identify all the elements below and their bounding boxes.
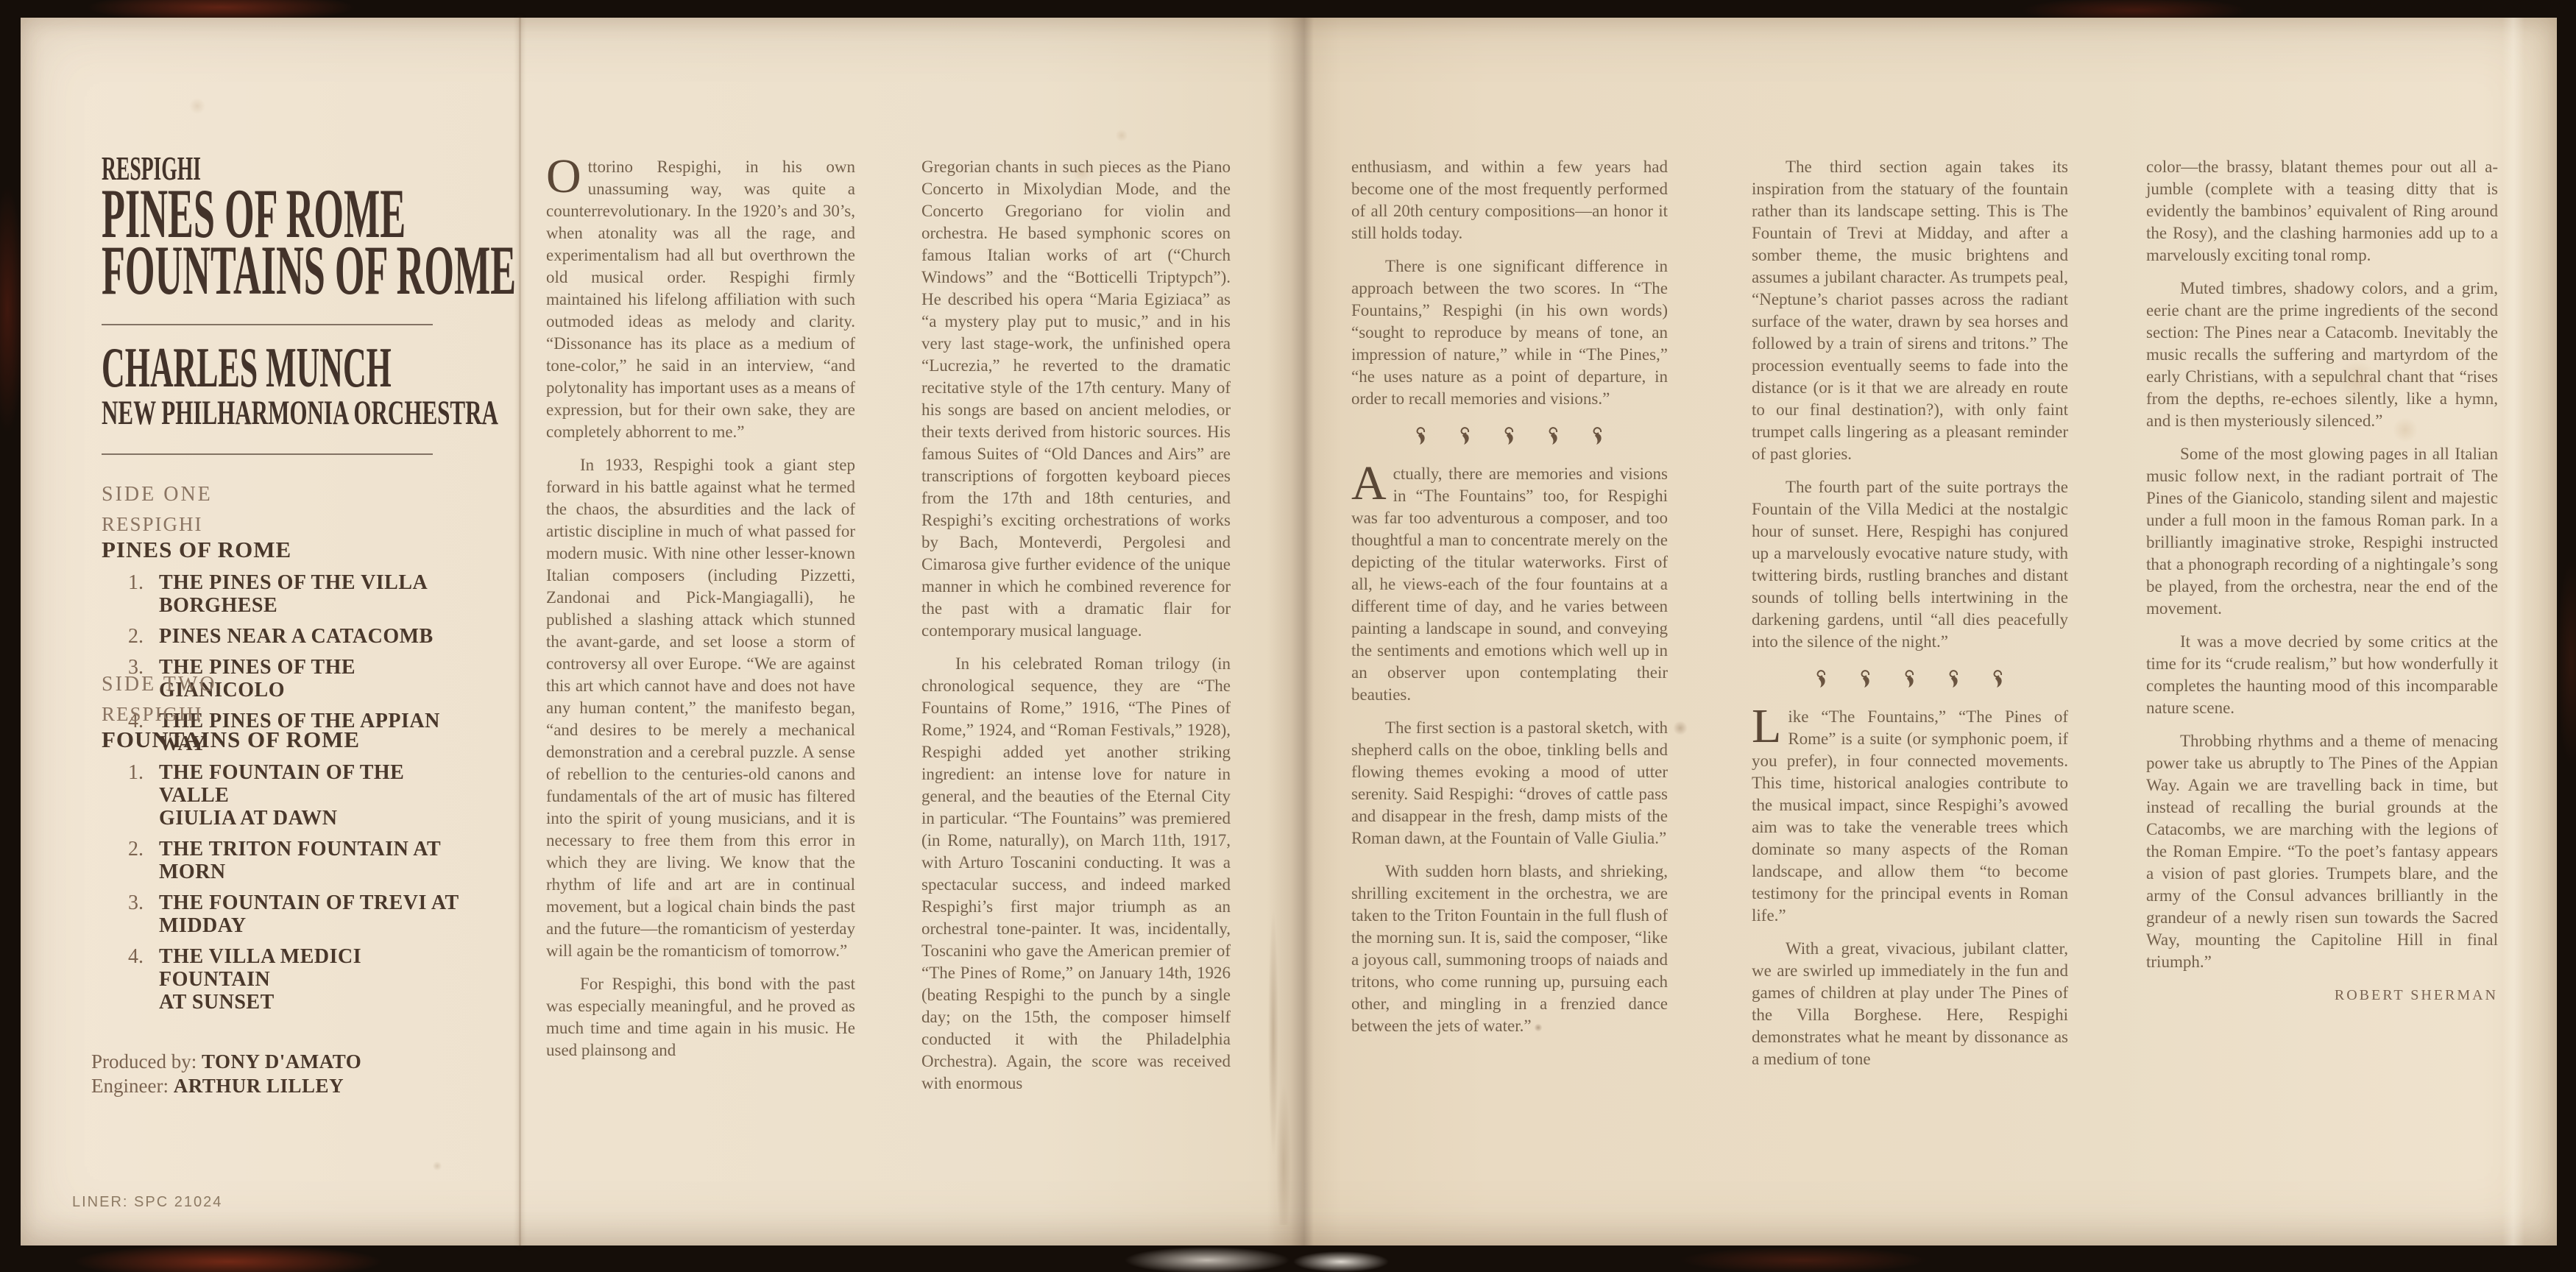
album-title-line2: FOUNTAINS OF ROME (102, 242, 455, 299)
track-row: 2.THE TRITON FOUNTAIN AT MORN (128, 838, 470, 883)
paragraph: Gregorian chants in such pieces as the P… (921, 156, 1231, 642)
notes-column-3: enthusiasm, and within a few years had b… (1351, 156, 1668, 1048)
paragraph: Like “The Fountains,” “The Pines of Rome… (1752, 706, 2068, 927)
paragraph: The third section again takes its inspir… (1752, 156, 2068, 465)
track-title: THE PINES OF THE VILLA BORGHESE (159, 571, 470, 617)
track-row: 1.THE FOUNTAIN OF THE VALLE GIULIA AT DA… (128, 761, 470, 830)
track-number: 4. (128, 945, 159, 1014)
gatefold-seam (1267, 18, 1341, 1245)
producer-credit: Produced by: TONY D'AMATO (91, 1050, 361, 1074)
track-number: 1. (128, 761, 159, 830)
paragraph: In his celebrated Roman trilogy (in chro… (921, 653, 1231, 1095)
side-one-work-title: PINES OF ROME (102, 537, 470, 563)
track-row: 3.THE FOUNTAIN OF TREVI AT MIDDAY (128, 891, 470, 937)
notes-column-1: Ottorino Respighi, in his own unassuming… (546, 156, 855, 1073)
conductor-name: CHARLES MUNCH (102, 343, 455, 392)
fleuron-icon (1412, 425, 1430, 447)
fleuron-icon (1901, 668, 1919, 690)
paragraph: There is one significant difference in a… (1351, 255, 1668, 410)
conductor-name-text: CHARLES MUNCH (102, 343, 392, 392)
paragraph: Actually, there are memories and visions… (1351, 463, 1668, 706)
paragraph: Ottorino Respighi, in his own unassuming… (546, 156, 855, 443)
paragraph: With a great, vivacious, jubilant clatte… (1752, 938, 2068, 1070)
track-number: 2. (128, 838, 159, 883)
paragraph: For Respighi, this bond with the past wa… (546, 973, 855, 1061)
paragraph: Some of the most glowing pages in all It… (2146, 443, 2498, 620)
fleuron-icon (1945, 668, 1963, 690)
producer-name: TONY D'AMATO (202, 1050, 361, 1073)
side-two-label: SIDE TWO (102, 673, 470, 696)
drop-cap: A (1351, 463, 1393, 502)
author-byline: ROBERT SHERMAN (2146, 984, 2498, 1006)
paragraph-text: ttorino Respighi, in his own unassuming … (546, 158, 855, 441)
divider (102, 453, 433, 455)
catalog-number: LINER: SPC 21024 (72, 1194, 222, 1211)
engineer-name: ARTHUR LILLEY (174, 1075, 344, 1097)
track-row: 2.PINES NEAR A CATACOMB (128, 625, 470, 648)
side-one-composer: RESPIGHI (102, 513, 470, 536)
paragraph: Throbbing rhythms and a theme of menacin… (2146, 730, 2498, 973)
fold-crease (519, 18, 521, 1245)
track-number: 1. (128, 571, 159, 617)
notes-column-5: color—the brassy, blatant themes pour ou… (2146, 156, 2498, 1006)
producer-label: Produced by: (91, 1050, 197, 1073)
paragraph: The fourth part of the suite portrays th… (1752, 476, 2068, 653)
fleuron-divider (1752, 668, 2068, 690)
paragraph-text: ike “The Fountains,” “The Pines of Rome”… (1752, 707, 2068, 925)
track-title: THE FOUNTAIN OF TREVI AT MIDDAY (159, 891, 470, 937)
title-block: RESPIGHI PINES OF ROME FOUNTAINS OF ROME… (102, 152, 455, 455)
track-number: 3. (128, 891, 159, 937)
track-row: 4.THE VILLA MEDICI FOUNTAIN AT SUNSET (128, 945, 470, 1014)
production-credits: Produced by: TONY D'AMATO Engineer: ARTH… (91, 1050, 361, 1098)
fleuron-icon (1501, 425, 1518, 447)
seam-smudge (1251, 813, 1295, 1225)
paragraph: It was a move decried by some critics at… (2146, 631, 2498, 719)
engineer-credit: Engineer: ARTHUR LILLEY (91, 1074, 361, 1098)
notes-column-2: Gregorian chants in such pieces as the P… (921, 156, 1231, 1106)
side-two-composer: RESPIGHI (102, 703, 470, 726)
side-one-label: SIDE ONE (102, 483, 470, 506)
track-title: THE TRITON FOUNTAIN AT MORN (159, 838, 470, 883)
paragraph: enthusiasm, and within a few years had b… (1351, 156, 1668, 244)
fleuron-icon (1545, 425, 1563, 447)
paragraph: color—the brassy, blatant themes pour ou… (2146, 156, 2498, 266)
engineer-label: Engineer: (91, 1075, 169, 1097)
liner-paper: RESPIGHI PINES OF ROME FOUNTAINS OF ROME… (21, 18, 2557, 1245)
paragraph-text: ctually, there are memories and visions … (1351, 464, 1668, 704)
divider (102, 324, 433, 325)
track-row: 1.THE PINES OF THE VILLA BORGHESE (128, 571, 470, 617)
fleuron-icon (1989, 668, 2007, 690)
fleuron-icon (1457, 425, 1474, 447)
paragraph: Muted timbres, shadowy colors, and a gri… (2146, 278, 2498, 432)
drop-cap: O (546, 156, 588, 195)
album-title-line2-text: FOUNTAINS OF ROME (102, 242, 516, 299)
fleuron-icon (1589, 425, 1607, 447)
paragraph: In 1933, Respighi took a giant step forw… (546, 454, 855, 962)
drop-cap: L (1752, 706, 1788, 745)
track-title: THE VILLA MEDICI FOUNTAIN AT SUNSET (159, 945, 470, 1014)
paragraph: With sudden horn blasts, and shrieking, … (1351, 861, 1668, 1037)
track-title: PINES NEAR A CATACOMB (159, 625, 434, 648)
side-two-work-title: FOUNTAINS OF ROME (102, 727, 470, 753)
fleuron-icon (1813, 668, 1830, 690)
fleuron-icon (1857, 668, 1875, 690)
track-number: 2. (128, 625, 159, 648)
notes-column-4: The third section again takes its inspir… (1752, 156, 2068, 1081)
album-liner-gatefold: RESPIGHI PINES OF ROME FOUNTAINS OF ROME… (0, 0, 2576, 1272)
fleuron-divider (1351, 425, 1668, 447)
paragraph: The first section is a pastoral sketch, … (1351, 717, 1668, 849)
orchestra-name: NEW PHILHARMONIA ORCHESTRA (102, 396, 455, 430)
track-title: THE FOUNTAIN OF THE VALLE GIULIA AT DAWN (159, 761, 470, 830)
paper-highlight (2502, 18, 2524, 1245)
orchestra-name-text: NEW PHILHARMONIA ORCHESTRA (102, 396, 498, 430)
side-two-listing: SIDE TWO RESPIGHI FOUNTAINS OF ROME 1.TH… (102, 673, 470, 1014)
